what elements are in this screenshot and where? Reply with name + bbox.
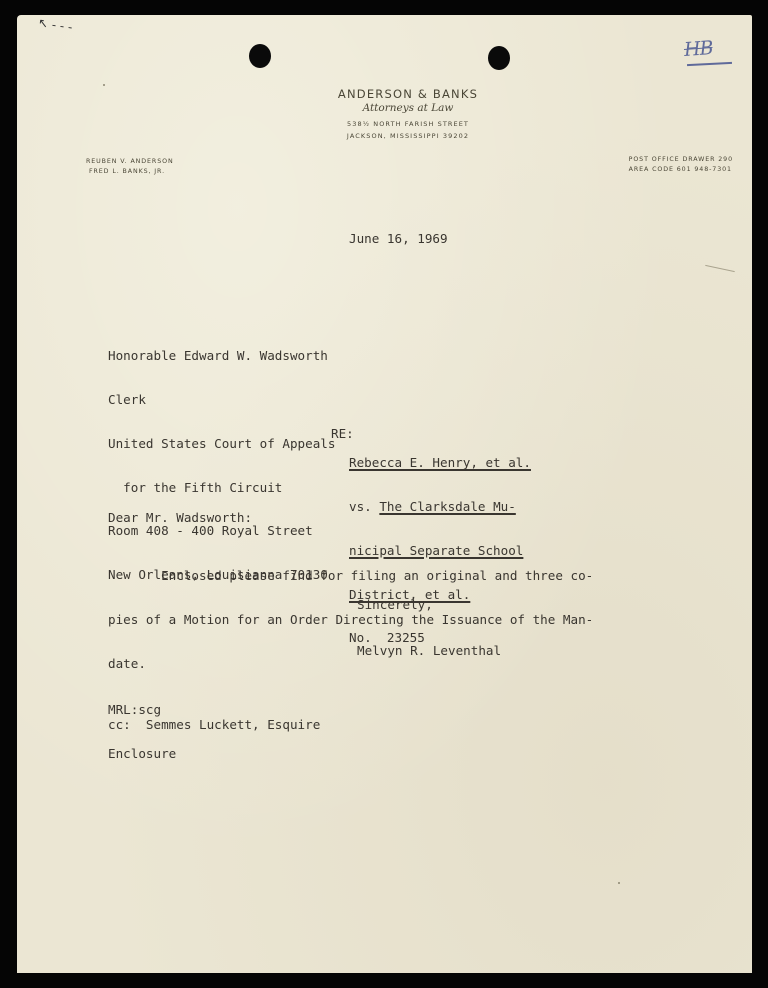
paper-speck [618, 882, 620, 884]
address-line: United States Court of Appeals [108, 437, 335, 452]
letterhead-firm-name: ANDERSON & BANKS [0, 87, 768, 101]
partner-name: REUBEN V. ANDERSON [86, 157, 174, 167]
carbon-copy: cc: Semmes Luckett, Esquire [108, 718, 320, 733]
re-line: Rebecca E. Henry, et al. [349, 456, 531, 471]
salutation: Dear Mr. Wadsworth: [108, 511, 252, 526]
letterhead-street: 538½ NORTH FARISH STREET [0, 120, 768, 128]
letterhead-partners: REUBEN V. ANDERSON FRED L. BANKS, JR. [86, 157, 174, 177]
closing: Sincerely, [357, 598, 433, 613]
punch-hole [249, 44, 271, 68]
signature-name: Melvyn R. Leventhal [357, 644, 501, 659]
paper-speck [103, 84, 105, 86]
letter-body: Enclosed please find for filing an origi… [108, 540, 593, 686]
body-line: Enclosed please find for filing an origi… [108, 569, 593, 584]
address-line: for the Fifth Circuit [108, 481, 335, 496]
address-line: Room 408 - 400 Royal Street [108, 524, 335, 539]
contact-line: POST OFFICE DRAWER 290 [629, 155, 733, 165]
punch-hole [488, 46, 510, 70]
letterhead-contact: POST OFFICE DRAWER 290 AREA CODE 601 948… [629, 155, 733, 175]
letterhead-subtitle: Attorneys at Law [0, 102, 768, 114]
contact-line: AREA CODE 601 948-7301 [629, 165, 733, 175]
handwritten-initials: HB [683, 37, 713, 61]
body-line: pies of a Motion for an Order Directing … [108, 613, 593, 628]
partner-name: FRED L. BANKS, JR. [86, 167, 174, 177]
body-line: date. [108, 657, 593, 672]
reference-line: Enclosure [108, 747, 176, 762]
address-line: Honorable Edward W. Wadsworth [108, 349, 335, 364]
reference-line: MRL:scg [108, 703, 176, 718]
address-line: Clerk [108, 393, 335, 408]
letterhead-city: JACKSON, MISSISSIPPI 39202 [0, 132, 768, 140]
re-line: vs. The Clarksdale Mu- [349, 500, 531, 515]
letter-date: June 16, 1969 [349, 232, 448, 247]
